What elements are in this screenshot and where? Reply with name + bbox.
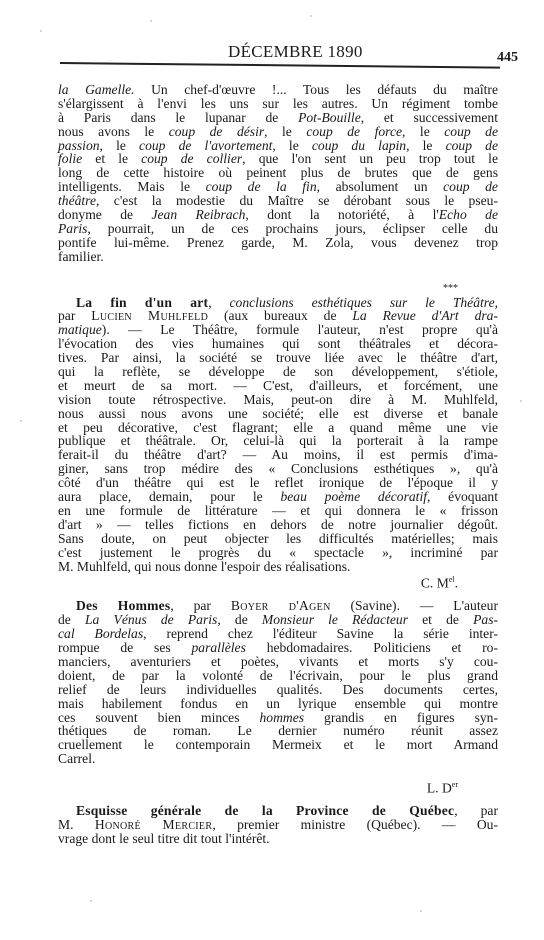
text-line: cruellement le contemporain Mermeix et l… — [58, 738, 498, 752]
text-line: M. Muhlfeld, qui nous donne l'espoir des… — [58, 560, 498, 574]
text-line: en une formule de littérature — et qui d… — [58, 504, 498, 518]
text-line: tives. Par ainsi, la société se trouve l… — [58, 351, 498, 365]
text-line: théâtre, c'est la modestie du Maître se … — [58, 194, 498, 208]
text-line: intelligents. Mais le coup de la fin, ab… — [58, 180, 498, 194]
text-line: ferait-il du théâtre d'art? — Au moins, … — [58, 448, 498, 462]
section-continuation: la Gamelle. Un chef-d'œuvre !... Tous le… — [58, 83, 498, 264]
text-line: long de cette histoire où peinent plus d… — [58, 166, 498, 180]
text-line: à Paris dans le lupanar de Pot-Bouille, … — [58, 111, 498, 125]
review-heading: Des Hommes, par Boyer d'Agen (Savine). —… — [58, 599, 498, 613]
text-line: thétiques de roman. Le dernier numéro ré… — [58, 724, 498, 738]
text-line: rompue de ses parallèles hebdomadaires. … — [58, 641, 498, 655]
text-line: doient, de par la volonté de l'écrivain,… — [58, 669, 498, 683]
review-title: Esquisse générale de la Province de Québ… — [76, 803, 454, 818]
book-page: DÉCEMBRE 1890 445 la Gamelle. Un chef-d'… — [0, 0, 544, 940]
text-line: Carrel. — [58, 752, 498, 766]
text-line: nous avons le coup de désir, le coup de … — [58, 125, 498, 139]
text-line: relief de leurs individuelles qualités. … — [58, 683, 498, 697]
text-line: mais habilement fondus en un lyrique ens… — [58, 697, 498, 711]
text-line: qui la reflète, se développe de son déve… — [58, 365, 498, 379]
scan-speck — [150, 20, 152, 22]
text-line: passion, le coup de l'avortement, le cou… — [58, 139, 498, 153]
text-line: manciers, aventuriers et poètes, vivants… — [58, 655, 498, 669]
text-line: pontife lui-même. Prenez garde, M. Zola,… — [58, 236, 498, 250]
body-text: la Gamelle. Un chef-d'œuvre !... Tous le… — [58, 83, 498, 846]
signature: L. Der — [58, 778, 498, 792]
signature: C. Mel. — [58, 573, 498, 587]
text-line: ces souvent bien minces hommes grandis e… — [58, 711, 498, 725]
review-subtitle: conclusions esthétiques sur le Théâtre, — [230, 295, 499, 310]
text-line: aura place, demain, pour le beau poème d… — [58, 490, 498, 504]
scan-speck — [310, 15, 312, 17]
text-line: s'élargissent à l'envi les uns sur les a… — [58, 97, 498, 111]
text-line: vision toute rétrospective. Mais, peut-o… — [58, 393, 498, 407]
text-line: l'évocation des vies humaines qui sont t… — [58, 337, 498, 351]
text-line: c'est justement le progrès du « spectacl… — [58, 546, 498, 560]
text-line: de La Vénus de Paris, de Monsieur le Réd… — [58, 613, 498, 627]
text-line: cal Bordelas, reprend chez l'éditeur Sav… — [58, 627, 498, 641]
running-title: DÉCEMBRE 1890 — [228, 42, 363, 62]
review-title: Des Hommes — [76, 598, 170, 613]
review-author: Boyer d'Agen — [231, 598, 331, 613]
scan-speck — [90, 900, 92, 902]
review-heading: La fin d'un art, conclusions esthétiques… — [58, 296, 498, 310]
text-line: Paris, pourrait, un de ces prochains jou… — [58, 222, 498, 236]
text-line: par Lucien Muhlfeld (aux bureaux de La R… — [58, 309, 498, 323]
text-line: nous aussi nous avons une société; elle … — [58, 407, 498, 421]
text-line: et peu décorative, c'est flagrant; elle … — [58, 421, 498, 435]
text-line: matique). — Le Théâtre, formule l'auteur… — [58, 323, 498, 337]
text-line: Sans doute, on peut objecter les difficu… — [58, 532, 498, 546]
text-line: d'art » — telles fictions en dehors de n… — [58, 518, 498, 532]
scan-speck — [40, 30, 42, 32]
text-line: giner, sans trop médire des « Conclusion… — [58, 462, 498, 476]
review-heading: Esquisse générale de la Province de Québ… — [58, 804, 498, 818]
text-line: publique et théâtrale. Or, celui-là qui … — [58, 434, 498, 448]
section-des-hommes: Des Hommes, par Boyer d'Agen (Savine). —… — [58, 599, 498, 792]
scan-speck — [520, 400, 522, 402]
text-line: la Gamelle. Un chef-d'œuvre !... Tous le… — [58, 83, 498, 97]
section-separator-asterism: *** — [58, 282, 498, 296]
text-line: côté d'un théâtre qui est le reflet iron… — [58, 476, 498, 490]
text-line: vrage dont le seul titre dit tout l'inté… — [58, 832, 498, 846]
review-title: La fin d'un art — [76, 295, 208, 310]
text-line: folie et le coup de collier, que l'on se… — [58, 152, 498, 166]
text-line: et meurt de sa mort. — C'est, d'ailleurs… — [58, 379, 498, 393]
text-line: M. Honoré Mercier, premier ministre (Qué… — [58, 818, 498, 832]
text-line: familier. — [58, 250, 498, 264]
section-esquisse-generale: Esquisse générale de la Province de Québ… — [58, 804, 498, 846]
scan-speck — [20, 420, 22, 422]
text-line: donyme de Jean Reibrach, dont la notorié… — [58, 208, 498, 222]
scan-speck — [420, 910, 422, 912]
page-number: 445 — [497, 50, 518, 66]
section-la-fin-d-un-art: La fin d'un art, conclusions esthétiques… — [58, 296, 498, 588]
